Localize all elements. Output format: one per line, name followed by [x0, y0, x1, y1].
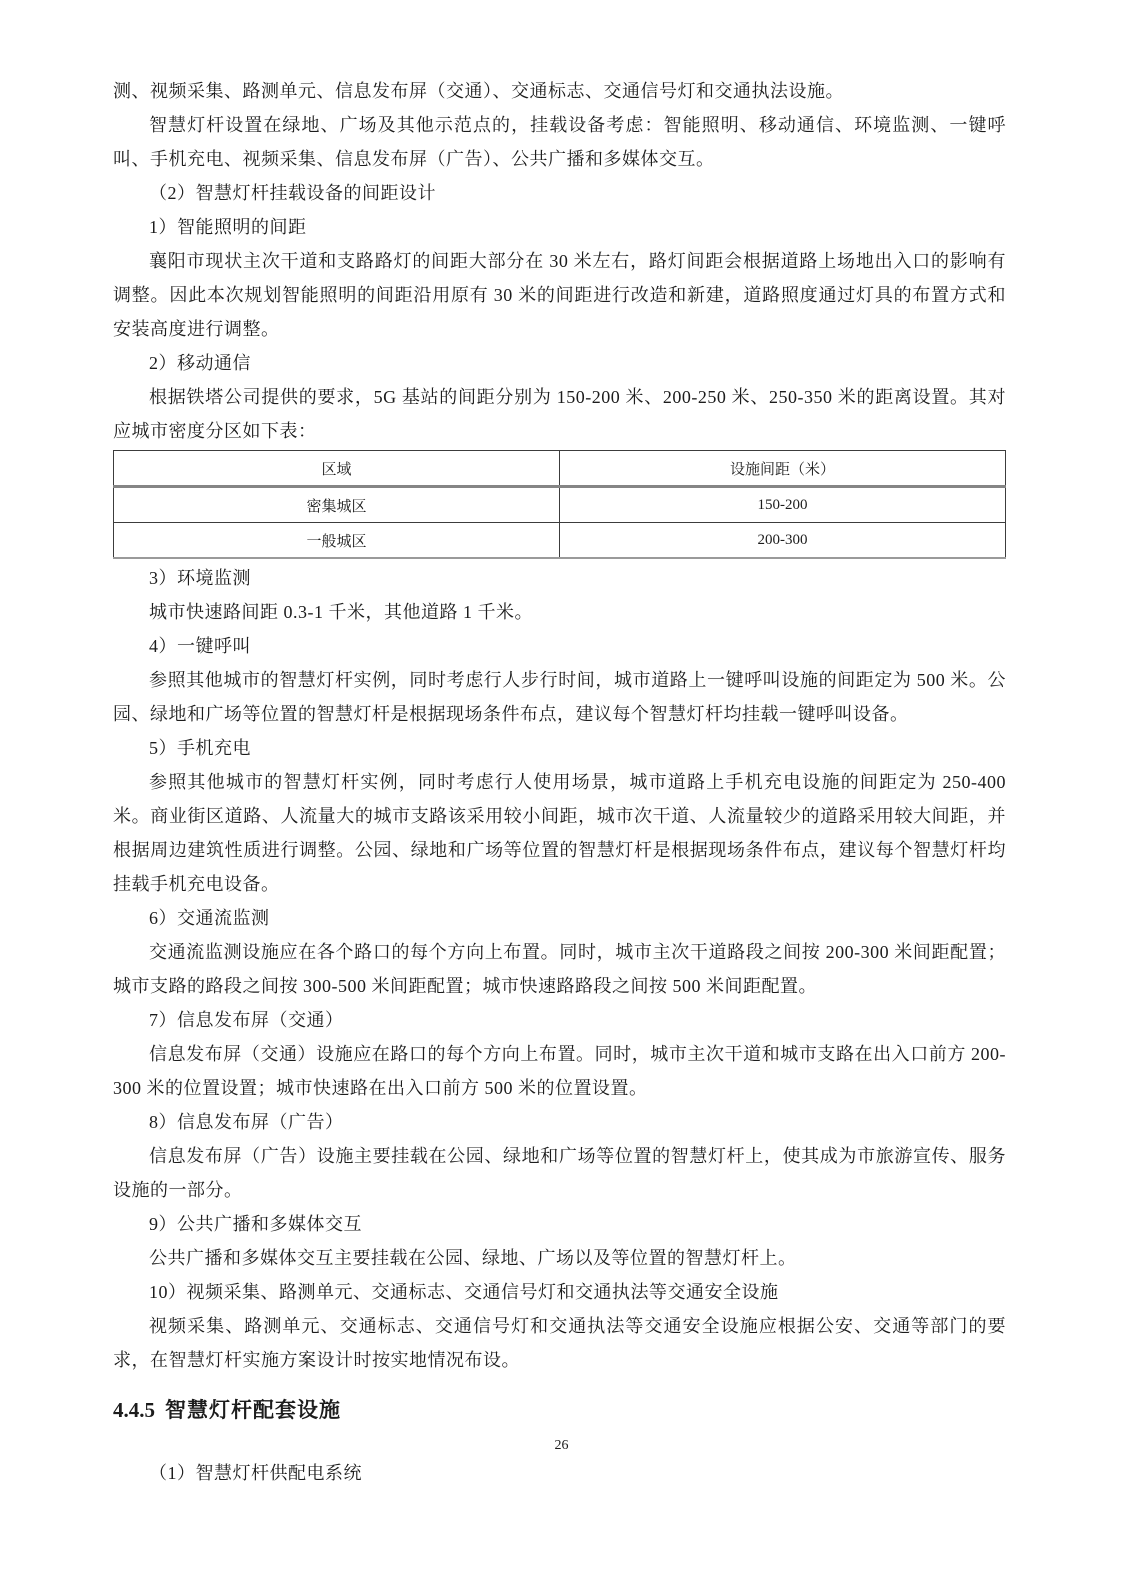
paragraph: 襄阳市现状主次干道和支路路灯的间距大部分在 30 米左右，路灯间距会根据道路上场… [113, 244, 1006, 346]
section-heading: 4.4.5智慧灯杆配套设施 [113, 1395, 1006, 1426]
paragraph: 公共广播和多媒体交互主要挂载在公园、绿地、广场以及等位置的智慧灯杆上。 [113, 1241, 1006, 1275]
paragraph: 城市快速路间距 0.3-1 千米，其他道路 1 千米。 [113, 595, 1006, 629]
table-header-row: 区域 设施间距（米） [114, 451, 1006, 487]
paragraph: 参照其他城市的智慧灯杆实例，同时考虑行人步行时间，城市道路上一键呼叫设施的间距定… [113, 663, 1006, 731]
table-header-cell: 设施间距（米） [560, 451, 1006, 487]
paragraph: 信息发布屏（交通）设施应在路口的每个方向上布置。同时，城市主次干道和城市支路在出… [113, 1037, 1006, 1105]
paragraph: 智慧灯杆设置在绿地、广场及其他示范点的，挂载设备考虑：智能照明、移动通信、环境监… [113, 108, 1006, 176]
list-item-heading: 6）交通流监测 [113, 901, 1006, 935]
list-item-heading: 3）环境监测 [113, 561, 1006, 595]
list-item-heading: 9）公共广播和多媒体交互 [113, 1207, 1006, 1241]
section-title: 智慧灯杆配套设施 [165, 1399, 341, 1422]
paragraph: 测、视频采集、路测单元、信息发布屏（交通）、交通标志、交通信号灯和交通执法设施。 [113, 74, 1006, 108]
section-number: 4.4.5 [113, 1398, 155, 1422]
list-item-heading: 1）智能照明的间距 [113, 210, 1006, 244]
list-item-heading: 8）信息发布屏（广告） [113, 1105, 1006, 1139]
paragraph: 交通流监测设施应在各个路口的每个方向上布置。同时，城市主次干道路段之间按 200… [113, 935, 1006, 1003]
paragraph: 视频采集、路测单元、交通标志、交通信号灯和交通执法等交通安全设施应根据公安、交通… [113, 1309, 1006, 1377]
facility-spacing-table: 区域 设施间距（米） 密集城区 150-200 一般城区 200-300 [113, 450, 1006, 559]
table-cell: 密集城区 [114, 487, 560, 523]
table-header-cell: 区域 [114, 451, 560, 487]
paragraph: 参照其他城市的智慧灯杆实例，同时考虑行人使用场景，城市道路上手机充电设施的间距定… [113, 765, 1006, 901]
table-cell: 一般城区 [114, 523, 560, 559]
table-cell: 200-300 [560, 523, 1006, 559]
list-item-heading: 7）信息发布屏（交通） [113, 1003, 1006, 1037]
document-content: 测、视频采集、路测单元、信息发布屏（交通）、交通标志、交通信号灯和交通执法设施。… [113, 74, 1006, 1490]
paragraph: 信息发布屏（广告）设施主要挂载在公园、绿地和广场等位置的智慧灯杆上，使其成为市旅… [113, 1139, 1006, 1207]
page-number: 26 [0, 1438, 1123, 1454]
list-item-heading: 10）视频采集、路测单元、交通标志、交通信号灯和交通执法等交通安全设施 [113, 1275, 1006, 1309]
list-item-heading: （1）智慧灯杆供配电系统 [113, 1456, 1006, 1490]
table-row: 一般城区 200-300 [114, 523, 1006, 559]
table-row: 密集城区 150-200 [114, 487, 1006, 523]
list-item-heading: 2）移动通信 [113, 346, 1006, 380]
table-cell: 150-200 [560, 487, 1006, 523]
list-item-heading: 4）一键呼叫 [113, 629, 1006, 663]
document-page: 测、视频采集、路测单元、信息发布屏（交通）、交通标志、交通信号灯和交通执法设施。… [0, 0, 1123, 1588]
list-item-heading: （2）智慧灯杆挂载设备的间距设计 [113, 176, 1006, 210]
paragraph: 根据铁塔公司提供的要求，5G 基站的间距分别为 150-200 米、200-25… [113, 380, 1006, 448]
list-item-heading: 5）手机充电 [113, 731, 1006, 765]
